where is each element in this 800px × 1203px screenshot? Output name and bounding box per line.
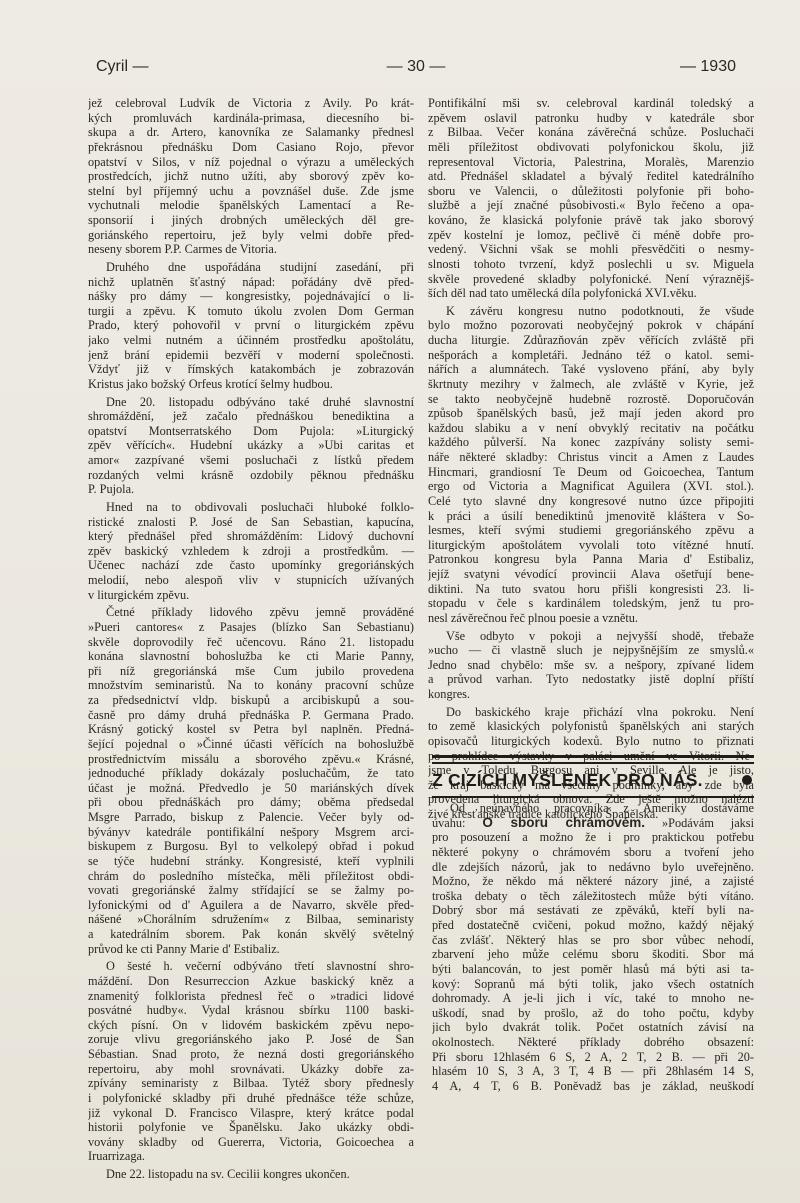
text-line: zbarvení jeho může celému sboru škoditi.… xyxy=(432,947,754,962)
text-line: stopadu v čele s kardinálem toledským, j… xyxy=(428,596,754,611)
text-line: Prado, který pohovořil v první o liturgi… xyxy=(88,318,414,333)
text-line: který přednášel před shromážděním: Lidov… xyxy=(88,529,414,544)
section-heading-text: Z CIZÍCH MYŠLENEK PRO NÁS. xyxy=(432,770,703,790)
text-line: zpěvem oslavil patronku hudby v katedrál… xyxy=(428,111,754,126)
text-line: zoruje vlivu gregoriánského jako P. José… xyxy=(88,1032,414,1047)
text-line: čas zvlášť. Některý hlas se pro sbor vůb… xyxy=(432,933,754,948)
text-line: dle zdejších názorů, jak to nedávno bylo… xyxy=(432,860,754,875)
section-divider-rule xyxy=(432,796,754,798)
text-line: slnosti tohoto tvrzení, když poslechli u… xyxy=(428,257,754,272)
text-line: sponsorií i jiných drobných uměleckých d… xyxy=(88,213,414,228)
paragraph: Pontifikální mši sv. celebroval kardinál… xyxy=(428,96,754,301)
text-line: skvěle doprovodily řeč učencovu. Ráno 21… xyxy=(88,635,414,650)
text-line: Krásný gotický kostel sv Petra byl napln… xyxy=(88,722,414,737)
text-line: službě a její značné působivosti.« Bylo … xyxy=(428,198,754,213)
text-line: zpěv baskický vzhledem k zdroji a prostř… xyxy=(88,544,414,559)
text-line: i polyfonické skladby při druhé přednášc… xyxy=(88,1091,414,1106)
text-line: goriánského repertoiru, jež byly velmi d… xyxy=(88,228,414,243)
header-year: — 1930 xyxy=(680,58,736,76)
text-line: nichž uplatněn šťastný nápad: pořádány d… xyxy=(88,275,414,290)
text-line: bylo možno pozorovati neobyčejný pokrok … xyxy=(428,318,754,333)
text-line: znamenitý folklorista přednesl řeč o »tr… xyxy=(88,989,414,1004)
text-line: to země klasických polyfonistů španělský… xyxy=(428,719,754,734)
paragraph: Vše odbyto v pokoji a nejvyšší shodě, tř… xyxy=(428,629,754,702)
text-line: ergo od Victoria a Magnificat Aguilera (… xyxy=(428,479,754,494)
article-title-line: úvahu: O sboru chrámovém. »Podávám jaksi xyxy=(432,816,754,831)
magazine-page: Cyril — — 30 — — 1930 jež celebroval Lud… xyxy=(0,0,800,1203)
text-line: Kristus jako božský Orfeus krotící šelmy… xyxy=(88,377,414,392)
text-line: měli příležitost obdivovati polyfonickou… xyxy=(428,140,754,155)
text-line: opatství v Silos, v níž pojednal o výraz… xyxy=(88,155,414,170)
text-line: lesmes, kteří svými studiemi gregoriánsk… xyxy=(428,523,754,538)
text-line: průvod ke cti Panny Marie d' Estibaliz. xyxy=(88,942,414,957)
text-line: skupa a dr. Artero, kanovníka ze Salaman… xyxy=(88,125,414,140)
text-line: ducha liturgie. Zdůrazňován zpěv věřícíc… xyxy=(428,333,754,348)
text-line: časně pro dámy druhá přednáška P. German… xyxy=(88,708,414,723)
paragraph: Hned na to obdivovali posluchači hluboké… xyxy=(88,500,414,602)
text-line: kých promluvách kardinála-primasa, diece… xyxy=(88,111,414,126)
text-line: škrtnuty mezihry v žalmech, ale zvláště … xyxy=(428,377,754,392)
text-line: býványv katedrále pontifikální nešpory M… xyxy=(88,825,414,840)
section-heading: Z CIZÍCH MYŠLENEK PRO NÁS. xyxy=(432,770,754,791)
text-line: jež celebroval Ludvík de Victoria z Avil… xyxy=(88,96,414,111)
text-line: některé pokyny o chrámovém sboru a tvoře… xyxy=(432,845,754,860)
text-line: za předsednictví vldp. biskupů a arcibis… xyxy=(88,693,414,708)
text-line: ristické znalosti P. José de San Sebasti… xyxy=(88,515,414,530)
text-line: býti balancován, to jest poměr hlasů má … xyxy=(432,962,754,977)
text-line: vychutnali melodie španělských Lamentací… xyxy=(88,198,414,213)
article-title: O sboru chrámovém. xyxy=(482,816,645,830)
text-line: shromáždění, jež začalo přednáškou bened… xyxy=(88,409,414,424)
text-line: turgii a zpěvu. K tomuto úkolu zvolen Do… xyxy=(88,304,414,319)
text-line: Iruarrizaga. xyxy=(88,1149,414,1164)
text-line: Při sboru 12hlasém 6 S, 2 A, 2 T, 2 B. —… xyxy=(432,1050,754,1065)
text-line: jenž brání epidemii bezvěří v moderní sp… xyxy=(88,348,414,363)
text-line: opisovačů liturgických kodexů. Bylo nutn… xyxy=(428,734,754,749)
text-line: K závěru kongresu nutno podotknouti, že … xyxy=(428,304,754,319)
text-line: sboru ve Valencii, o důležitosti polyfon… xyxy=(428,184,754,199)
text-line: Hincmari, grandiosní Te Deum od Goicoech… xyxy=(428,465,754,480)
text-line: se týče hudební stránky. Kongresisté, kt… xyxy=(88,854,414,869)
text-line: vedený. Všichni však se mohli přesvědčit… xyxy=(428,242,754,257)
text-line: při níž gregoriánská mše Cum jubilo prov… xyxy=(88,664,414,679)
text-line: a katedrálním sborem. Pak konán skvělý s… xyxy=(88,927,414,942)
text-line: Možno, že někdo má některé názory jiné, … xyxy=(432,874,754,889)
paragraph: jež celebroval Ludvík de Victoria z Avil… xyxy=(88,96,414,257)
text-line: nářích a alumnátech. Také vysloveno přán… xyxy=(428,362,754,377)
text-line: jednoduché příklady dokázaly posluchačům… xyxy=(88,766,414,781)
text-line: O šesté h. večerní odbýváno třetí slavno… xyxy=(88,959,414,974)
text-line: vovány skladby od Guererra, Victoria, Go… xyxy=(88,1135,414,1150)
text-line: lyfonickými od d' Aguilera a de Navarro,… xyxy=(88,898,414,913)
text-line: troška debaty o těch záležitostech může … xyxy=(432,889,754,904)
text-line: kový: Sopranů má býti tolik, jako všech … xyxy=(432,977,754,992)
paragraph: Dne 20. listopadu odbýváno také druhé sl… xyxy=(88,395,414,497)
text-line: dohromady. A je-li jich i víc, také to m… xyxy=(432,991,754,1006)
right-column-text: Pontifikální mši sv. celebroval kardinál… xyxy=(428,96,754,822)
text-line: chrám do posledního místečka, měli příle… xyxy=(88,869,414,884)
text-line: skvěle provedené skladby polyfonické. Ne… xyxy=(428,272,754,287)
text-line: kováno, že klasická polyfonie právě tak … xyxy=(428,213,754,228)
text-line: kongres. xyxy=(428,687,754,702)
article-body: pro posouzení a možno že i pro prakticko… xyxy=(432,830,754,1093)
header-page-number: — 30 — xyxy=(96,58,736,76)
text-line: každého půlverší. Na konec zazpívány sol… xyxy=(428,435,754,450)
text-line: Patronkou kongresu byla Panna Maria d' E… xyxy=(428,552,754,567)
text-line: neseny sborem P.P. Carmes de Vitoria. xyxy=(88,242,414,257)
text-line: Jedno snad chybělo: mše sv. a nešpory, z… xyxy=(428,658,754,673)
text-line: vovati gregoriánské žalmy střídající se … xyxy=(88,883,414,898)
text-line: se takto neobyčejně hudebně rozrostě. Do… xyxy=(428,392,754,407)
page-header: Cyril — — 30 — — 1930 xyxy=(96,58,736,82)
text-line: překrásnou přednášku Dom Casiano Rojo, p… xyxy=(88,140,414,155)
text-line: Msgre Parrado, biskup z Palencie. Večer … xyxy=(88,810,414,825)
paragraph: K závěru kongresu nutno podotknouti, že … xyxy=(428,304,754,626)
text-line: náře některé skladby: Christus vincit a … xyxy=(428,450,754,465)
text-line: Učenec nachází zde často upomínky gregor… xyxy=(88,558,414,573)
text-line: před dostatečně cvičeni, pokud možno, ka… xyxy=(432,918,754,933)
text-line: Celé tyto slavné dny kongresové nutno úz… xyxy=(428,494,754,509)
text-line: Dne 22. listopadu na sv. Cecilii kongres… xyxy=(88,1167,414,1182)
paragraph: Četné příklady lidového zpěvu jemně prov… xyxy=(88,605,414,956)
text-line: jich bylo dvakrát tolik. Počet ostatních… xyxy=(432,1020,754,1035)
text-line: Pontifikální mši sv. celebroval kardinál… xyxy=(428,96,754,111)
text-line: jejíž svatyni vévodící provincii Alava o… xyxy=(428,567,754,582)
text-line: účast je možná. Předvedlo je 50 mariánsk… xyxy=(88,781,414,796)
text-line: zpěv kostelní je lomoz, pečlivě či méně … xyxy=(428,228,754,243)
text-line: šející pojednal o »Činné účasti věřících… xyxy=(88,737,414,752)
text-line: diktini. Na tuto svatou horu přišli kong… xyxy=(428,582,754,597)
text-line: historii polyfonie ve Španělsku. Jako uk… xyxy=(88,1120,414,1135)
text-line: 4 A, 4 T, 6 B. Poněvadž bas je základ, n… xyxy=(432,1079,754,1094)
text-line: prostřednictvím missálu a sborového zpěv… xyxy=(88,752,414,767)
paragraph: Dne 22. listopadu na sv. Cecilii kongres… xyxy=(88,1167,414,1182)
left-column-text: jež celebroval Ludvík de Victoria z Avil… xyxy=(88,96,414,1182)
text-line: P. Pujola. xyxy=(88,482,414,497)
text-line: stelní byl příjemný uchu a povznášel duš… xyxy=(88,184,414,199)
text-line: posvátné hudby«. Vydal krásnou sbírku 11… xyxy=(88,1003,414,1018)
text-line: zpěv věřících«. Hudební ukázky a »Ubi ca… xyxy=(88,438,414,453)
text-line: již vykonal D. Francisco Vilaspre, který… xyxy=(88,1106,414,1121)
bullet-icon xyxy=(742,775,752,785)
text-line: konána slavnostní bohoslužba ke cti Mari… xyxy=(88,649,414,664)
paragraph: O šesté h. večerní odbýváno třetí slavno… xyxy=(88,959,414,1164)
text-line: okolnostech. Některé příklady dobrého ob… xyxy=(432,1035,754,1050)
text-line: nesl závěrečnou řeč plnou poesie a vznět… xyxy=(428,611,754,626)
text-line: rozdaných velmi krásně ozdobily pěknou p… xyxy=(88,468,414,483)
text-line: Sébastian. Snad proto, že nezná dosti gr… xyxy=(88,1047,414,1062)
text-line: prostředcích, jichž nutno užíti, aby sbo… xyxy=(88,169,414,184)
text-line: ších děl nad tato umělecká díla polyfoni… xyxy=(428,286,754,301)
text-line: biskupem z Burgosu. Byl to velkolepý obř… xyxy=(88,839,414,854)
text-line: v liturgickém zpěvu. xyxy=(88,588,414,603)
text-line: Druhého dne uspořádána studijní zasedání… xyxy=(88,260,414,275)
text-line: každou slabiku a v není obvyklý recitati… xyxy=(428,421,754,436)
text-line: repertoiru, aby mohl srovnávati. Ukázky … xyxy=(88,1062,414,1077)
text-line: opatství Montserratského Dom Pujola: »Li… xyxy=(88,424,414,439)
text-line: liturgickým apoštolátem vyvolali toto ví… xyxy=(428,538,754,553)
text-line: jako velmi nutném a účinném prostředku a… xyxy=(88,333,414,348)
text-line: ckých písní. On v lidovém baskickém zpěv… xyxy=(88,1018,414,1033)
article-intro-prefix: úvahu: xyxy=(432,816,465,830)
text-line: pro posouzení a možno že i pro prakticko… xyxy=(432,830,754,845)
text-line: způsob španělských basů, jež mají jeden … xyxy=(428,406,754,421)
article-intro-suffix: »Podávám jaksi xyxy=(662,816,754,830)
text-line: Četné příklady lidového zpěvu jemně prov… xyxy=(88,605,414,620)
text-line: uškodí, snad by prošlo, až do toho počtu… xyxy=(432,1006,754,1021)
text-line: a průvod varhan. Tyto nedostatky jistě d… xyxy=(428,672,754,687)
section-divider-double-rule xyxy=(432,755,754,764)
text-line: Hned na to obdivovali posluchači hluboké… xyxy=(88,500,414,515)
text-line: Dne 20. listopadu odbýváno také druhé sl… xyxy=(88,395,414,410)
text-line: amor« zazpívané všemi posluchači z lístk… xyxy=(88,453,414,468)
text-line: melodií, nebo alespoň vliv v stupnicích … xyxy=(88,573,414,588)
text-line: nášky pro dámy — kongresistky, pojednáva… xyxy=(88,289,414,304)
paragraph: Druhého dne uspořádána studijní zasedání… xyxy=(88,260,414,392)
text-line: Vše odbyto v pokoji a nejvyšší shodě, tř… xyxy=(428,629,754,644)
text-line: representoval Victoria, Palestrina, Mora… xyxy=(428,155,754,170)
text-line: »Pueri cantores« z Pasajes (blízko San S… xyxy=(88,620,414,635)
text-line: Do baskického kraje přichází vlna pokrok… xyxy=(428,705,754,720)
text-line: k práci a úsilí benediktinů jmenovitě kl… xyxy=(428,509,754,524)
text-line: zpívány seminaristy z Bilbaa. Tytéž sbor… xyxy=(88,1076,414,1091)
text-line: nešporách a kompletáři. Jednáno též o ka… xyxy=(428,348,754,363)
section-article: Od neúnavného pracovníka z Ameriky dostá… xyxy=(432,801,754,1094)
text-line: »ucho — či vlastně sluch je nejpyšnějším… xyxy=(428,643,754,658)
text-line: Vždyť již v římských katakombách je zobr… xyxy=(88,362,414,377)
text-line: při obou přednáškách pro dámy; oběma pře… xyxy=(88,795,414,810)
text-line: Dobrý sbor má sestávati ze zpěváků, kteř… xyxy=(432,903,754,918)
text-line: hlasém 10 S, 3 A, 3 T, 4 B — při 28hlasé… xyxy=(432,1064,754,1079)
text-line: máždění. Don Resurreccion Azkue baskický… xyxy=(88,974,414,989)
text-line: atd. Přednášel skladatel a bývalý ředite… xyxy=(428,169,754,184)
text-line: z Bilbaa. Večer konána závěrečná schůze.… xyxy=(428,125,754,140)
text-line: nášené »Chorálním sdružením« z Bilbaa, s… xyxy=(88,912,414,927)
article-intro-line: Od neúnavného pracovníka z Ameriky dostá… xyxy=(432,801,754,816)
text-line: množstvím seminaristů. Na to konány prac… xyxy=(88,678,414,693)
